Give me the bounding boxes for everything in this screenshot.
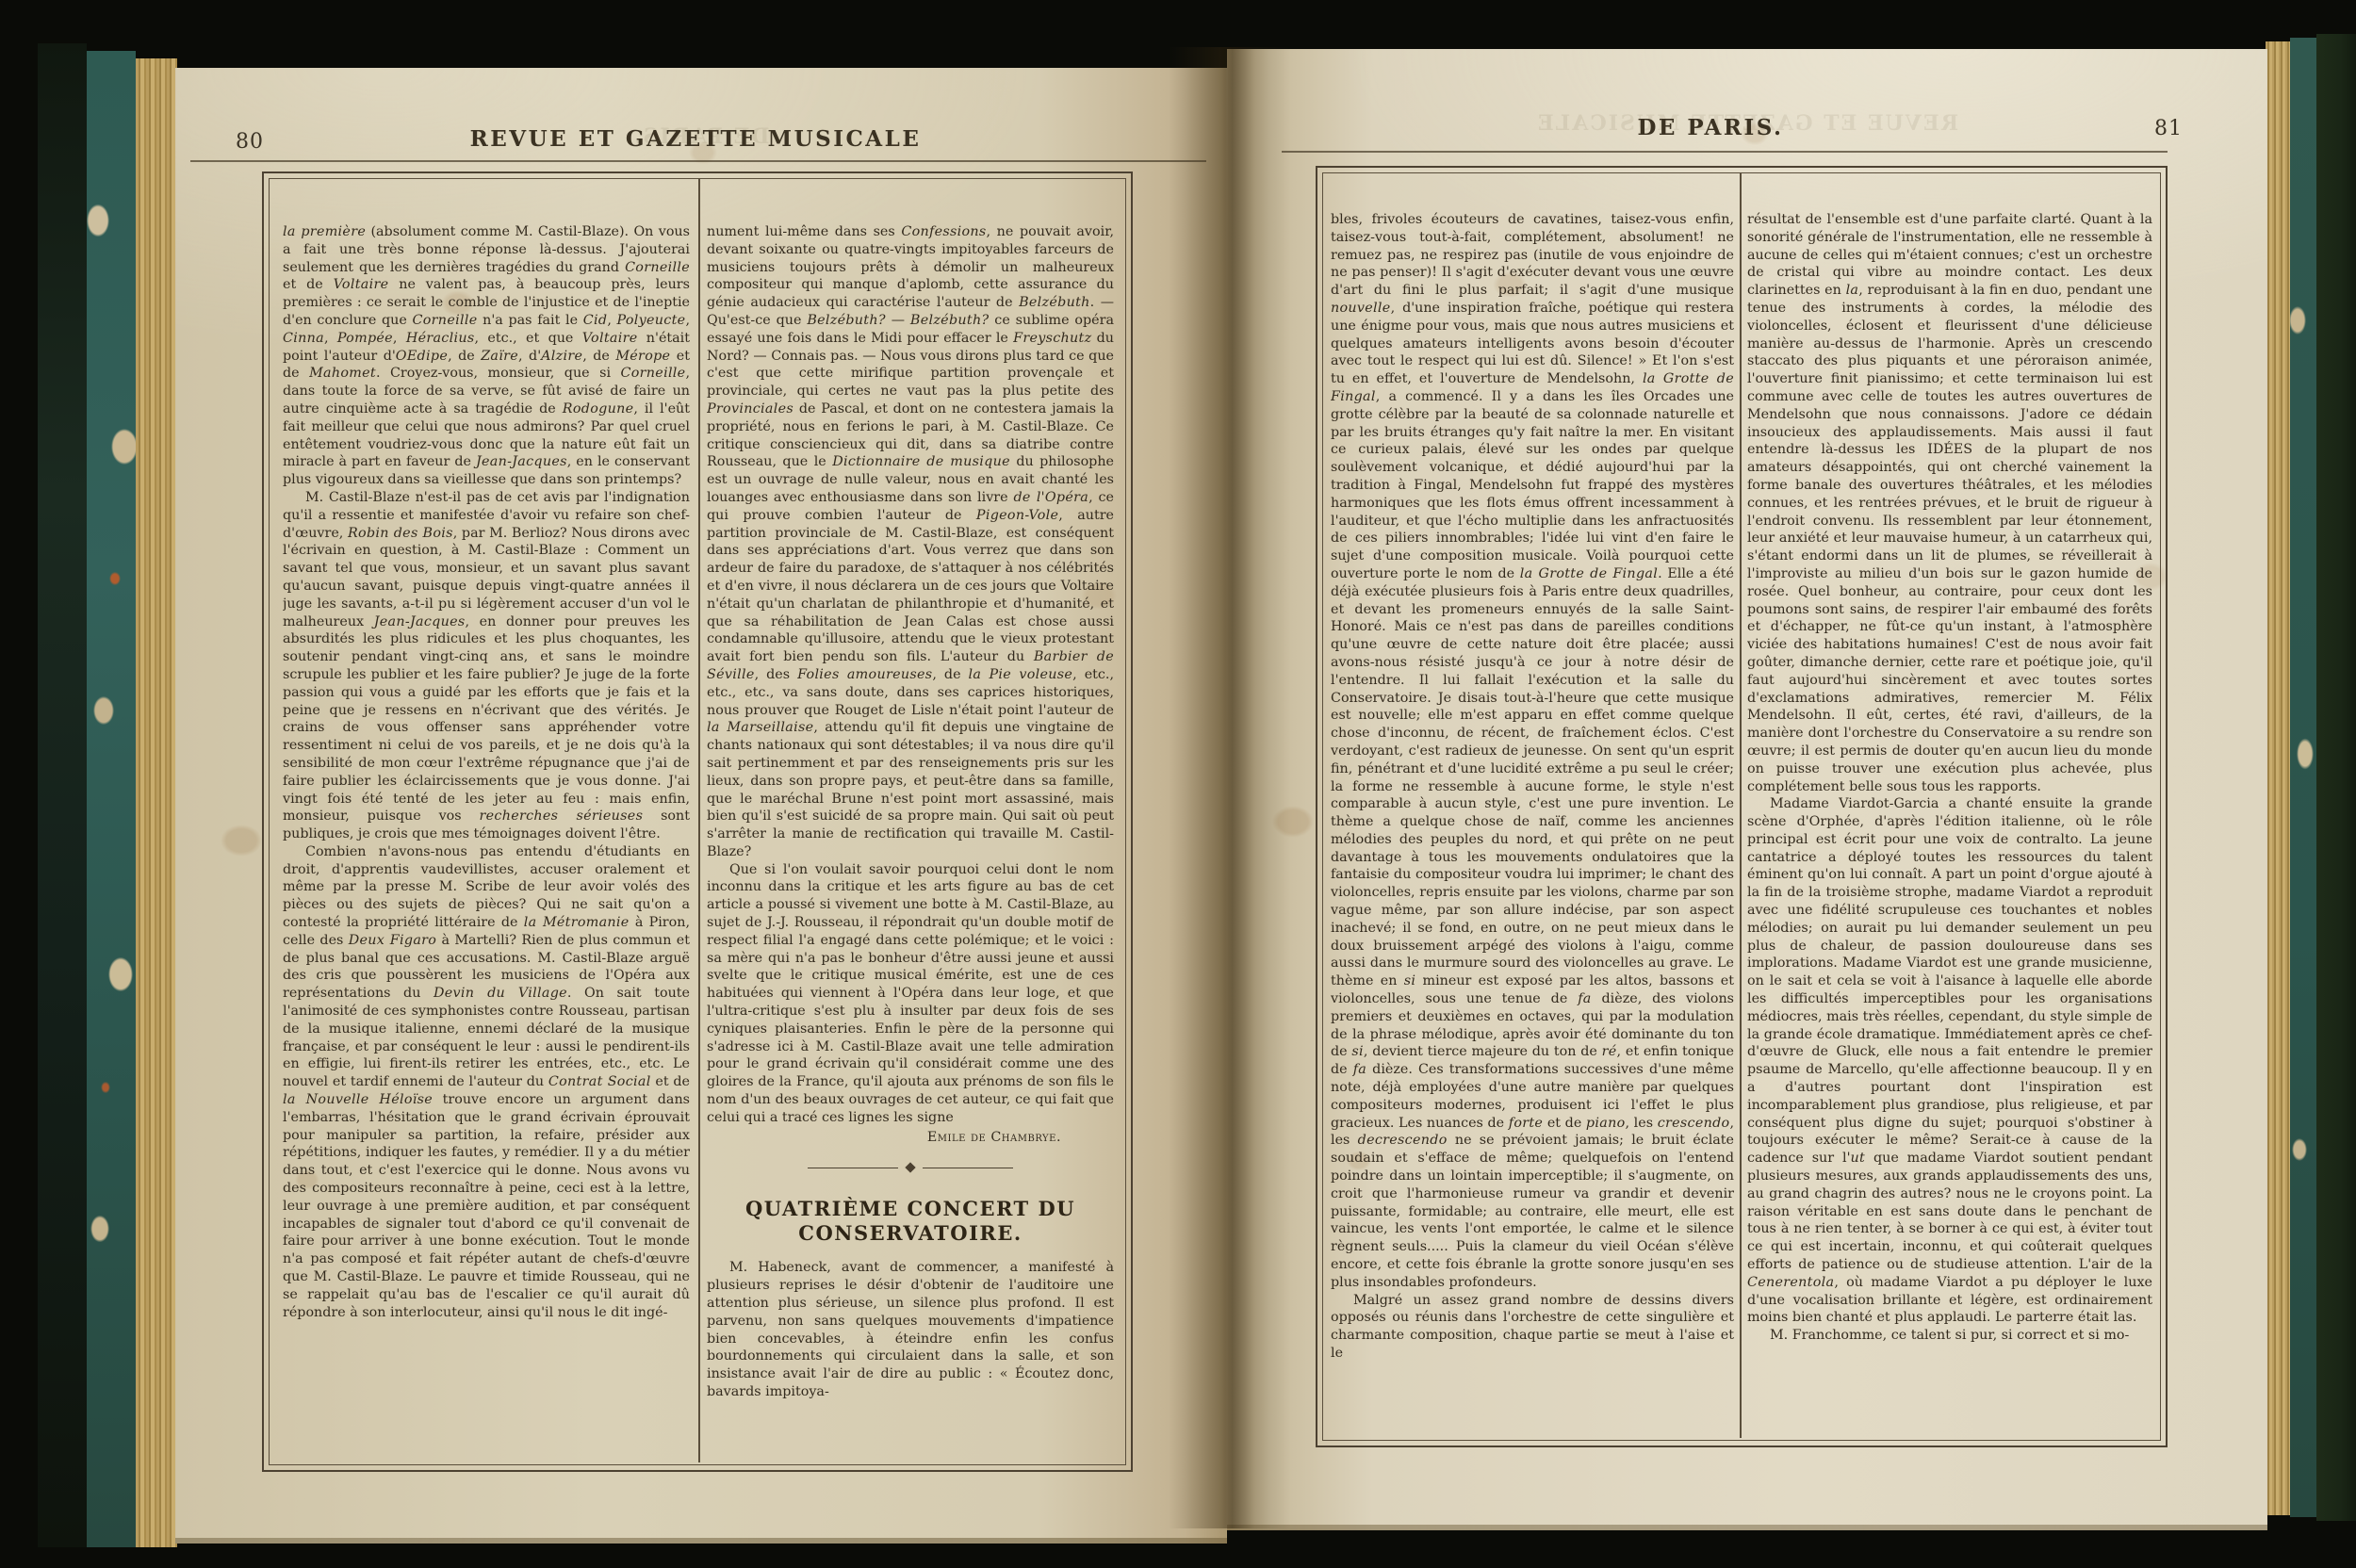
left-page: DE PARIS. 80 REVUE ET GAZETTE MUSICALE l… bbox=[175, 68, 1227, 1543]
paragraph: la première (absolument comme M. Castil-… bbox=[283, 223, 690, 489]
section-heading: QUATRIÈME CONCERT DU CONSERVATOIRE. bbox=[707, 1197, 1114, 1246]
marbled-board-left bbox=[87, 51, 136, 1547]
running-title: DE PARIS. bbox=[1319, 115, 2102, 140]
paragraph: bles, frivoles écouteurs de cavatines, t… bbox=[1331, 211, 1734, 1292]
paragraph: Que si l'on voulait savoir pourquoi celu… bbox=[707, 861, 1114, 1127]
running-title: REVUE ET GAZETTE MUSICALE bbox=[264, 126, 1127, 152]
page-fore-edge-right bbox=[2266, 41, 2290, 1515]
right-page: REVUE ET GAZETTE MUSICALE 81 DE PARIS. b… bbox=[1227, 49, 2267, 1530]
text-column-1: bles, frivoles écouteurs de cavatines, t… bbox=[1331, 211, 1734, 1400]
divider-ornament bbox=[707, 1153, 1114, 1182]
paragraph: Malgré un assez grand nombre de dessins … bbox=[1331, 1292, 1734, 1363]
column-divider bbox=[1740, 173, 1742, 1438]
paragraph: M. Castil-Blaze n'est-il pas de cet avis… bbox=[283, 489, 690, 843]
text-column-2: résultat de l'ensemble est d'une parfait… bbox=[1747, 211, 2152, 1400]
marbled-board-right bbox=[2290, 38, 2316, 1517]
book-cover-right bbox=[2316, 34, 2356, 1521]
header-rule bbox=[1282, 151, 2168, 153]
paragraph: Combien n'avons-nous pas entendu d'étudi… bbox=[283, 843, 690, 1322]
paragraph: nument lui-même dans ses Confessions, ne… bbox=[707, 223, 1114, 861]
paragraph: M. Habeneck, avant de commencer, a manif… bbox=[707, 1259, 1114, 1400]
page-number: 80 bbox=[236, 130, 264, 154]
article-signature: Emile de Chambrye. bbox=[707, 1129, 1114, 1147]
column-divider bbox=[698, 179, 700, 1462]
page-fore-edge-left bbox=[136, 58, 177, 1547]
book-cover-left-edge bbox=[38, 43, 87, 1547]
page-number: 81 bbox=[2154, 117, 2183, 140]
paragraph: Madame Viardot-Garcia a chanté ensuite l… bbox=[1747, 795, 2152, 1327]
text-column-2: nument lui-même dans ses Confessions, ne… bbox=[707, 223, 1114, 1420]
text-column-1: la première (absolument comme M. Castil-… bbox=[283, 223, 690, 1420]
header-rule bbox=[190, 160, 1206, 162]
paragraph: résultat de l'ensemble est d'une parfait… bbox=[1747, 211, 2152, 795]
paragraph: M. Franchomme, ce talent si pur, si corr… bbox=[1747, 1327, 2152, 1345]
